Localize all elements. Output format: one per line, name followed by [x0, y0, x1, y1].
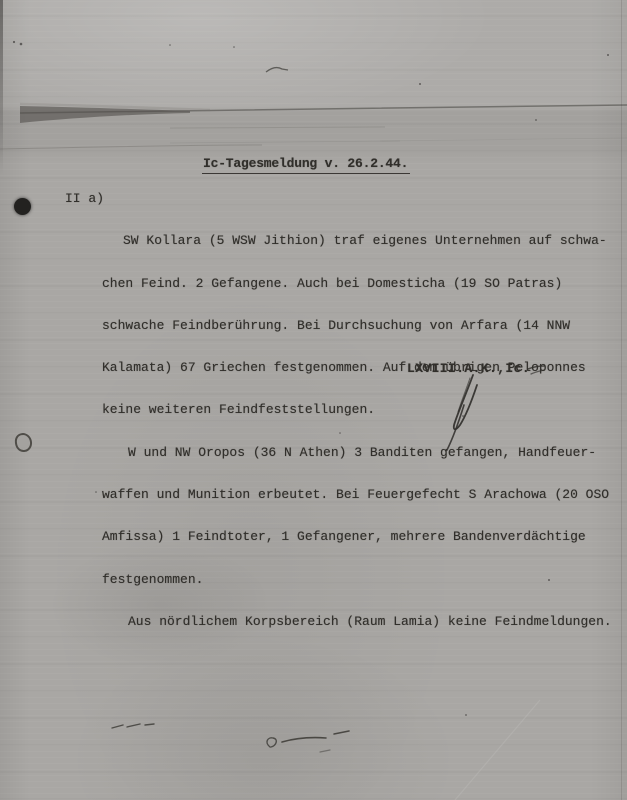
body-line: keine weiteren Feindfeststellungen.	[102, 403, 617, 417]
item-label: II a)	[65, 192, 104, 206]
body-line: schwache Feindberührung. Bei Durchsuchun…	[102, 319, 617, 333]
body-line: Amfissa) 1 Feindtoter, 1 Gefangener, meh…	[102, 530, 617, 544]
scanned-document-page: Ic-Tagesmeldung v. 26.2.44. II a) SW Kol…	[0, 0, 627, 800]
punch-hole-bottom	[14, 432, 33, 453]
pencil-scribbles	[112, 724, 349, 752]
body-line: Kalamata) 67 Griechen festgenommen. Auf …	[102, 361, 617, 375]
document-title: Ic-Tagesmeldung v. 26.2.44.	[202, 156, 410, 174]
report-body: II a) SW Kollara (5 WSW Jithion) traf ei…	[102, 192, 617, 657]
body-line: SW Kollara (5 WSW Jithion) traf eigenes …	[123, 234, 617, 248]
body-line: Aus nördlichem Korpsbereich (Raum Lamia)…	[128, 615, 617, 629]
punch-hole-top	[14, 198, 31, 215]
page-edge-shadow-left	[0, 0, 3, 175]
page-edge-line-right	[621, 0, 622, 800]
body-line: waffen und Munition erbeutet. Bei Feuerg…	[102, 488, 617, 502]
unit-signoff: LXVIII.A.K.,Ic.	[407, 361, 530, 376]
body-line: W und NW Oropos (36 N Athen) 3 Banditen …	[128, 446, 617, 460]
body-line: festgenommen.	[102, 573, 617, 587]
pencil-tick-mark	[266, 68, 288, 72]
crease-line	[0, 104, 627, 149]
diagonal-crease	[455, 700, 540, 800]
body-line: chen Feind. 2 Gefangene. Auch bei Domest…	[102, 277, 617, 291]
